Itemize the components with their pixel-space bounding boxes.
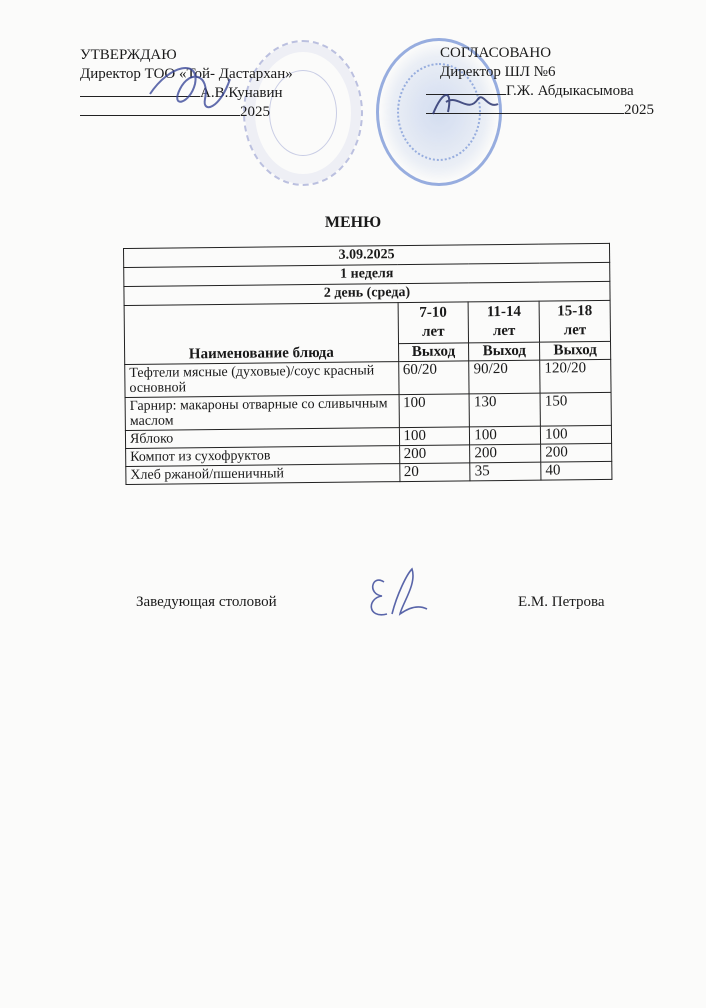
portion-value: 60/20 [398,361,469,395]
approval-heading-left: УТВЕРЖДАЮ [80,46,340,65]
portion-value: 100 [399,394,470,428]
dish-name: Тефтели мясные (духовые)/соус красный ос… [125,362,399,398]
table-row: Гарнир: макароны отварные со сливычным м… [125,392,611,430]
menu-document: УТВЕРЖДАЮ Директор ТОО «Той- Дастархан» … [0,0,706,1008]
menu-table: 3.09.2025 1 неделя 2 день (среда) Наимен… [123,243,612,485]
age-header-row: Наименование блюда 7-10лет 11-14лет 15-1… [124,300,610,346]
portion-value: 100 [470,426,541,445]
approval-date-row-left: 2025 [80,103,340,122]
table-row: Хлеб ржаной/пшеничный 20 35 40 [126,461,612,484]
approval-year-right: 2025 [624,102,654,118]
portion-value: 200 [399,445,470,464]
portion-value: 130 [469,393,540,427]
footer-role: Заведующая столовой [136,594,277,611]
dish-name-header: Наименование блюда [124,303,398,365]
approval-signer-row-right: Г.Ж. Абдыкасымова [426,82,690,101]
age-group-header: 7-10лет [398,302,469,344]
portion-value: 150 [540,392,611,426]
approval-signer-right: Г.Ж. Абдыкасымова [506,83,634,99]
portion-value: 200 [541,443,612,462]
table-row: Тефтели мясные (духовые)/соус красный ос… [125,359,611,397]
yield-header: Выход [398,343,469,362]
dish-name: Хлеб ржаной/пшеничный [126,464,400,485]
approval-heading-right: СОГЛАСОВАНО [440,44,690,63]
yield-header: Выход [469,342,540,361]
portion-value: 20 [399,463,470,482]
footer-name: Е.М. Петрова [518,594,605,611]
signature-footer-icon [362,564,432,624]
approval-block-left: УТВЕРЖДАЮ Директор ТОО «Той- Дастархан» … [80,46,340,122]
approval-date-row-right: 2025 [426,101,690,120]
portion-value: 35 [470,462,541,481]
portion-value: 100 [399,427,470,446]
yield-header: Выход [540,341,611,360]
approval-year-left: 2025 [240,104,270,120]
approval-signer-left: А.В.Кунавин [200,85,283,101]
approval-signer-row-left: А.В.Кунавин [80,84,340,103]
dish-name: Гарнир: макароны отварные со сливычным м… [125,395,399,431]
approval-position-right: Директор ШЛ №6 [440,63,690,82]
approval-position-left: Директор ТОО «Той- Дастархан» [80,65,340,84]
date-line [80,115,240,116]
portion-value: 200 [470,444,541,463]
page-title: МЕНЮ [0,214,706,232]
portion-value: 100 [541,425,612,444]
age-group-header: 11-14лет [468,301,539,343]
portion-value: 90/20 [469,360,540,394]
portion-value: 120/20 [540,359,611,393]
signature-line [426,94,506,95]
approval-block-right: СОГЛАСОВАНО Директор ШЛ №6 Г.Ж. Абдыкасы… [440,44,690,120]
date-line [426,113,624,114]
portion-value: 40 [541,461,612,480]
age-group-header: 15-18лет [539,300,610,342]
signature-line [80,96,200,97]
